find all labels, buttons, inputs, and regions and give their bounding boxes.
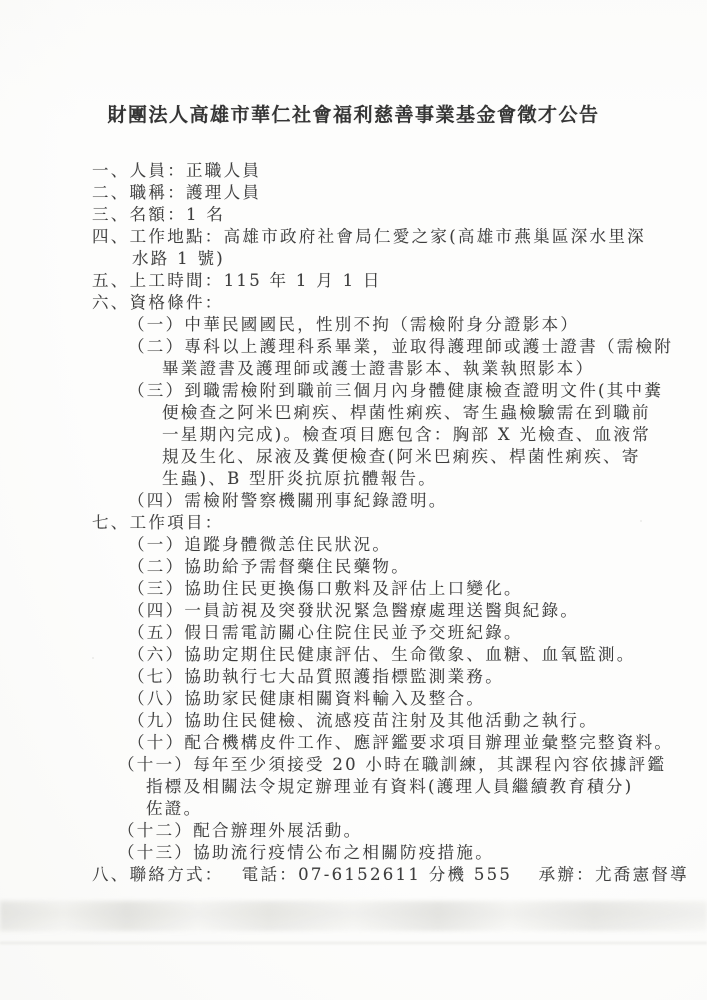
scan-speck bbox=[640, 520, 642, 522]
doc-line: （一）中華民國國民，性別不拘（需檢附身分證影本） bbox=[92, 314, 637, 336]
doc-line: （四）一員訪視及突發狀況緊急醫療處理送醫與紀錄。 bbox=[92, 600, 637, 622]
doc-line: （八）協助家民健康相關資料輸入及整合。 bbox=[92, 688, 637, 710]
doc-line: （六）協助定期住民健康評估、生命徵象、血糖、血氧監測。 bbox=[92, 644, 637, 666]
doc-line: （三）到職需檢附到職前三個月內身體健康檢查證明文件(其中糞 bbox=[92, 380, 637, 402]
doc-line: （三）協助住民更換傷口敷料及評估上口變化。 bbox=[92, 578, 637, 600]
doc-line: 規及生化、尿液及糞便檢查(阿米巴痢疾、桿菌性痢疾、寄 bbox=[92, 446, 637, 468]
document-title: 財團法人高雄市華仁社會福利慈善事業基金會徵才公告 bbox=[0, 100, 707, 127]
doc-line: （十三）協助流行疫情公布之相關防疫措施。 bbox=[92, 842, 637, 864]
doc-line: 便檢查之阿米巴痢疾、桿菌性痢疾、寄生蟲檢驗需在到職前 bbox=[92, 402, 637, 424]
scanned-page: { "page": { "background_color": "#fdfdfc… bbox=[0, 0, 707, 1000]
doc-line: 佐證。 bbox=[92, 798, 637, 820]
doc-line: （九）協助住民健檢、流感疫苗注射及其他活動之執行。 bbox=[92, 710, 637, 732]
doc-line: 三、名額：1 名 bbox=[92, 204, 637, 226]
doc-line: 六、資格條件： bbox=[92, 292, 637, 314]
doc-line: （七）協助執行七大品質照護指標監測業務。 bbox=[92, 666, 637, 688]
doc-line: 生蟲)、B 型肝炎抗原抗體報告。 bbox=[92, 468, 637, 490]
document-lines: 一、人員：正職人員二、職稱：護理人員三、名額：1 名四、工作地點：高雄市政府社會… bbox=[92, 160, 637, 886]
doc-line: （一）追蹤身體微恙住民狀況。 bbox=[92, 534, 637, 556]
doc-line: 指標及相關法令規定辦理並有資料(護理人員繼續教育積分) bbox=[92, 776, 637, 798]
doc-line: 八、聯絡方式： 電話：07-6152611 分機 555 承辦：尤喬憲督導 bbox=[92, 864, 637, 886]
doc-line: 二、職稱：護理人員 bbox=[92, 182, 637, 204]
doc-line: 一星期內完成)。檢查項目應包含：胸部 X 光檢查、血液常 bbox=[92, 424, 637, 446]
scan-noise-band bbox=[0, 901, 707, 931]
doc-line: （十一）每年至少須接受 20 小時在職訓練，其課程內容依據評鑑 bbox=[92, 754, 637, 776]
doc-line: （五）假日需電訪關心住院住民並予交班紀錄。 bbox=[92, 622, 637, 644]
doc-line: 五、上工時間：115 年 1 月 1 日 bbox=[92, 270, 637, 292]
doc-line: 畢業證書及護理師或護士證書影本、執業執照影本） bbox=[92, 358, 637, 380]
doc-line: 一、人員：正職人員 bbox=[92, 160, 637, 182]
doc-line: （四）需檢附警察機關刑事紀錄證明。 bbox=[92, 490, 637, 512]
doc-line: （二）協助給予需督藥住民藥物。 bbox=[92, 556, 637, 578]
doc-line: （二）專科以上護理科系畢業，並取得護理師或護士證書（需檢附 bbox=[92, 336, 637, 358]
doc-line: 四、工作地點：高雄市政府社會局仁愛之家(高雄市燕巢區深水里深 bbox=[92, 226, 637, 248]
scan-noise-line bbox=[0, 942, 707, 944]
doc-line: （十二）配合辦理外展活動。 bbox=[92, 820, 637, 842]
doc-line: 水路 1 號) bbox=[92, 248, 637, 270]
doc-line: 七、工作項目： bbox=[92, 512, 637, 534]
doc-line: （十）配合機構皮件工作、應評鑑要求項目辦理並彙整完整資料。 bbox=[92, 732, 637, 754]
